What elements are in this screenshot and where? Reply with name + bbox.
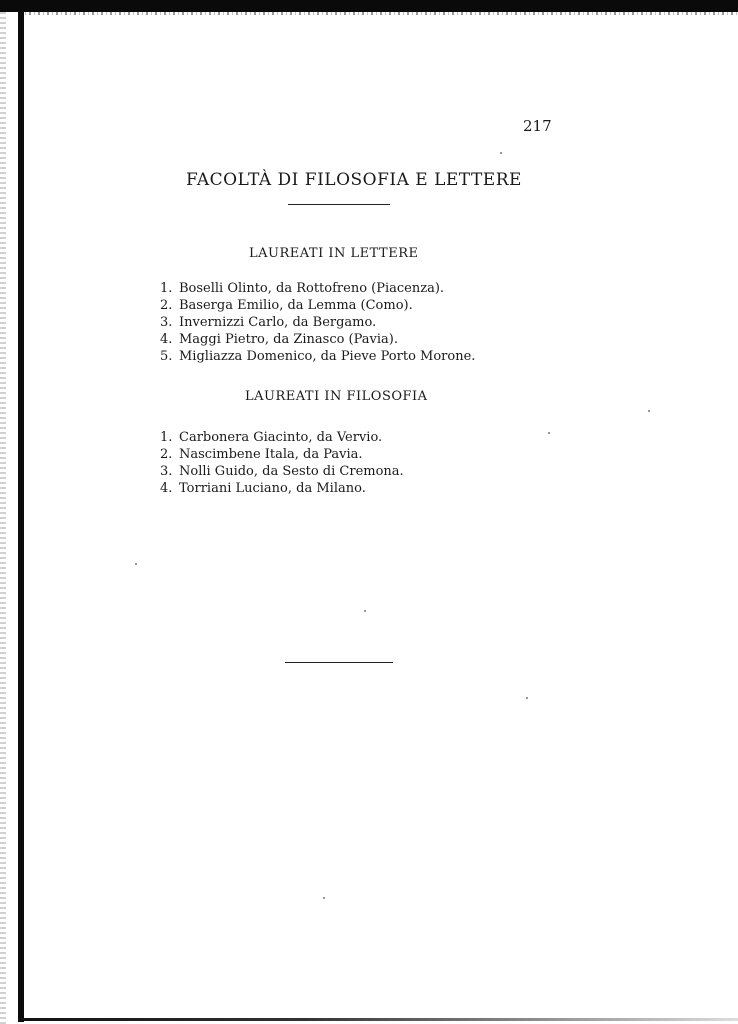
- list-item: 1.Boselli Olinto, da Rottofreno (Piacenz…: [160, 280, 475, 297]
- page-title: FACOLTÀ DI FILOSOFIA E LETTERE: [186, 170, 522, 190]
- graduates-list-filosofia: 1.Carbonera Giacinto, da Vervio. 2.Nasci…: [160, 429, 404, 497]
- scan-top-edge-noise: [20, 12, 738, 15]
- end-divider: [285, 662, 393, 663]
- list-item: 1.Carbonera Giacinto, da Vervio.: [160, 429, 404, 446]
- graduates-list-lettere: 1.Boselli Olinto, da Rottofreno (Piacenz…: [160, 280, 475, 365]
- list-item: 3.Invernizzi Carlo, da Bergamo.: [160, 314, 475, 331]
- book-binding-edge: [18, 10, 24, 1022]
- title-divider: [288, 204, 390, 205]
- scan-left-margin: [0, 12, 6, 1024]
- section-heading-lettere: LAUREATI IN LETTERE: [249, 246, 419, 261]
- list-item: 4.Torriani Luciano, da Milano.: [160, 480, 404, 497]
- scan-bottom-edge: [18, 1018, 738, 1021]
- list-item: 2.Baserga Emilio, da Lemma (Como).: [160, 297, 475, 314]
- list-item: 4.Maggi Pietro, da Zinasco (Pavia).: [160, 331, 475, 348]
- scan-speck: [500, 152, 502, 154]
- scan-speck: [323, 897, 325, 899]
- scan-speck: [648, 410, 650, 412]
- section-heading-filosofia: LAUREATI IN FILOSOFIA: [245, 389, 428, 404]
- list-item: 5.Migliazza Domenico, da Pieve Porto Mor…: [160, 348, 475, 365]
- scan-speck: [364, 610, 366, 612]
- scan-top-border: [0, 0, 738, 12]
- scan-speck: [548, 432, 550, 434]
- scan-speck: [135, 563, 137, 565]
- page-number: 217: [523, 117, 552, 135]
- scan-speck: [526, 697, 528, 699]
- list-item: 3.Nolli Guido, da Sesto di Cremona.: [160, 463, 404, 480]
- list-item: 2.Nascimbene Itala, da Pavia.: [160, 446, 404, 463]
